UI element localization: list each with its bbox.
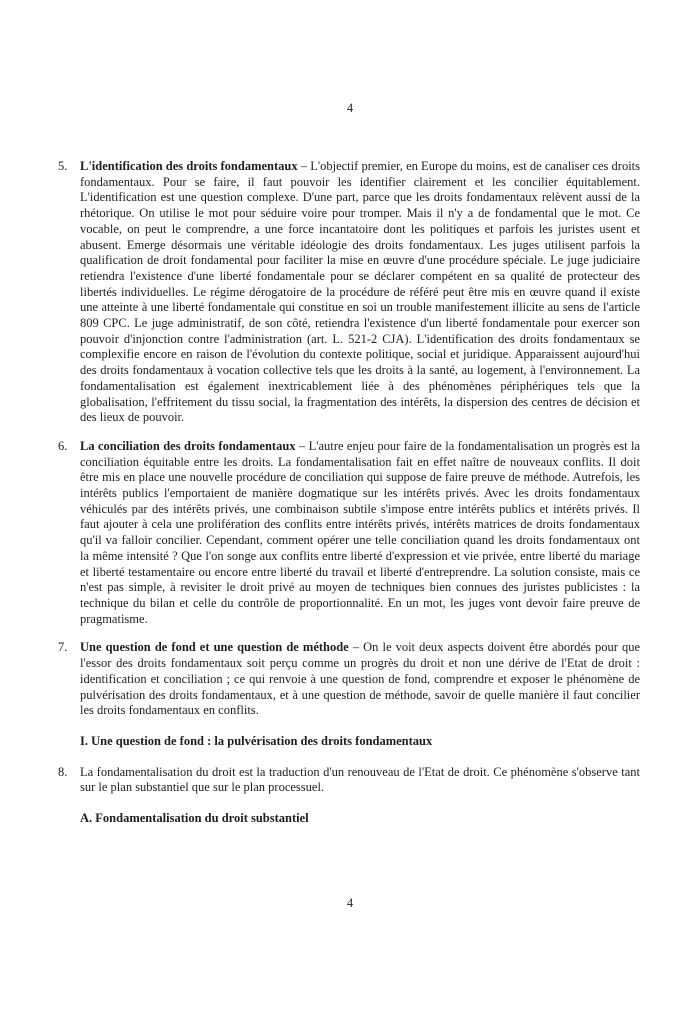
paragraph-7-text: Une question de fond et une question de … — [80, 640, 640, 719]
paragraph-5-text: L'identification des droits fondamentaux… — [80, 159, 640, 426]
paragraph-6: 6. La conciliation des droits fondamenta… — [58, 439, 640, 627]
paragraph-6-text: La conciliation des droits fondamentaux … — [80, 439, 640, 627]
paragraph-7-number: 7. — [58, 640, 80, 656]
document-body: 5. L'identification des droits fondament… — [58, 159, 640, 842]
paragraph-8-text: La fondamentalisation du droit est la tr… — [80, 765, 640, 796]
page-number-top: 4 — [0, 101, 700, 117]
paragraph-7: 7. Une question de fond et une question … — [58, 640, 640, 719]
paragraph-8: 8. La fondamentalisation du droit est la… — [58, 765, 640, 796]
paragraph-8-number: 8. — [58, 765, 80, 781]
section-heading-A: A. Fondamentalisation du droit substanti… — [80, 811, 640, 827]
paragraph-6-heading: La conciliation des droits fondamentaux — [80, 439, 296, 453]
page-number-bottom: 4 — [0, 896, 700, 912]
paragraph-5-heading: L'identification des droits fondamentaux — [80, 159, 298, 173]
document-page: 4 5. L'identification des droits fondame… — [0, 0, 700, 1028]
section-heading-I: I. Une question de fond : la pulvérisati… — [80, 734, 640, 750]
paragraph-6-number: 6. — [58, 439, 80, 455]
paragraph-8-body: La fondamentalisation du droit est la tr… — [80, 765, 640, 795]
paragraph-5: 5. L'identification des droits fondament… — [58, 159, 640, 426]
paragraph-7-heading: Une question de fond et une question de … — [80, 640, 349, 654]
paragraph-6-body: – L'autre enjeu pour faire de la fondame… — [80, 439, 640, 626]
paragraph-5-body: – L'objectif premier, en Europe du moins… — [80, 159, 640, 424]
paragraph-5-number: 5. — [58, 159, 80, 175]
